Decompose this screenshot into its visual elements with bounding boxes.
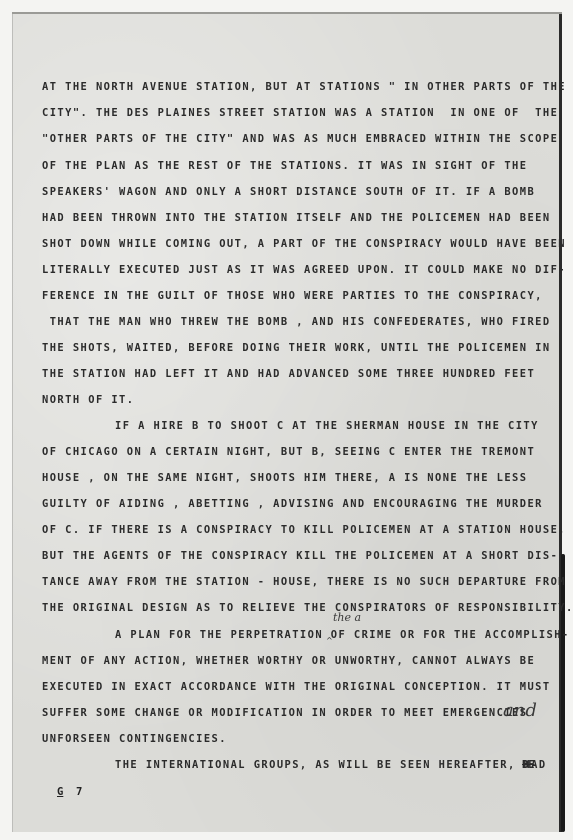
text-line: HAD BEEN THROWN INTO THE STATION ITSELF … — [42, 212, 551, 224]
text-line: THE STATION HAD LEFT IT AND HAD ADVANCED… — [42, 368, 535, 380]
paragraph-start: IF A HIRE B TO SHOOT C AT THE SHERMAN HO… — [115, 420, 539, 432]
struck-text: BE — [522, 759, 535, 771]
insertion-caret: ^ — [326, 636, 333, 645]
paragraph-start: A PLAN FOR THE PERPETRATION OF CRIME OR … — [115, 629, 570, 641]
text-line: CITY". THE DES PLAINES STREET STATION WA… — [42, 107, 558, 119]
text-line: HOUSE , ON THE SAME NIGHT, SHOOTS HIM TH… — [42, 472, 527, 484]
text-line: SHOT DOWN WHILE COMING OUT, A PART OF TH… — [42, 238, 566, 250]
page-edge-shadow — [561, 554, 565, 832]
text-line: MENT OF ANY ACTION, WHETHER WORTHY OR UN… — [42, 655, 535, 667]
text-line: SUFFER SOME CHANGE OR MODIFICATION IN OR… — [42, 707, 527, 719]
text-line: TANCE AWAY FROM THE STATION - HOUSE, THE… — [42, 576, 566, 588]
text-line: OF C. IF THERE IS A CONSPIRACY TO KILL P… — [42, 524, 566, 536]
text-line: BUT THE AGENTS OF THE CONSPIRACY KILL TH… — [42, 550, 558, 562]
text-line: "OTHER PARTS OF THE CITY" AND WAS AS MUC… — [42, 133, 558, 145]
text-line: NORTH OF IT. — [42, 394, 134, 406]
handwritten-and: and — [503, 700, 537, 721]
page-number-prefix: G — [57, 786, 63, 798]
text-line: OF THE PLAN AS THE REST OF THE STATIONS.… — [42, 160, 527, 172]
handwritten-insertion: the a — [333, 611, 361, 624]
paragraph-start: THE INTERNATIONAL GROUPS, AS WILL BE SEE… — [115, 759, 547, 771]
text-line: UNFORSEEN CONTINGENCIES. — [42, 733, 227, 745]
text-line: AT THE NORTH AVENUE STATION, BUT AT STAT… — [42, 81, 566, 93]
page-number-value: 7 — [76, 786, 82, 798]
text-line: THE SHOTS, WAITED, BEFORE DOING THEIR WO… — [42, 342, 551, 354]
text-line: OF CHICAGO ON A CERTAIN NIGHT, BUT B, SE… — [42, 446, 535, 458]
text-line: THE ORIGINAL DESIGN AS TO RELIEVE THE CO… — [42, 602, 573, 614]
page-number: G 7 — [57, 786, 82, 798]
text-line: EXECUTED IN EXACT ACCORDANCE WITH THE OR… — [42, 681, 551, 693]
text-line: GUILTY OF AIDING , ABETTING , ADVISING A… — [42, 498, 543, 510]
text-line: LITERALLY EXECUTED JUST AS IT WAS AGREED… — [42, 264, 566, 276]
text-line: FERENCE IN THE GUILT OF THOSE WHO WERE P… — [42, 290, 543, 302]
text-line: THAT THE MAN WHO THREW THE BOMB , AND HI… — [42, 316, 551, 328]
text-line: SPEAKERS' WAGON AND ONLY A SHORT DISTANC… — [42, 186, 535, 198]
